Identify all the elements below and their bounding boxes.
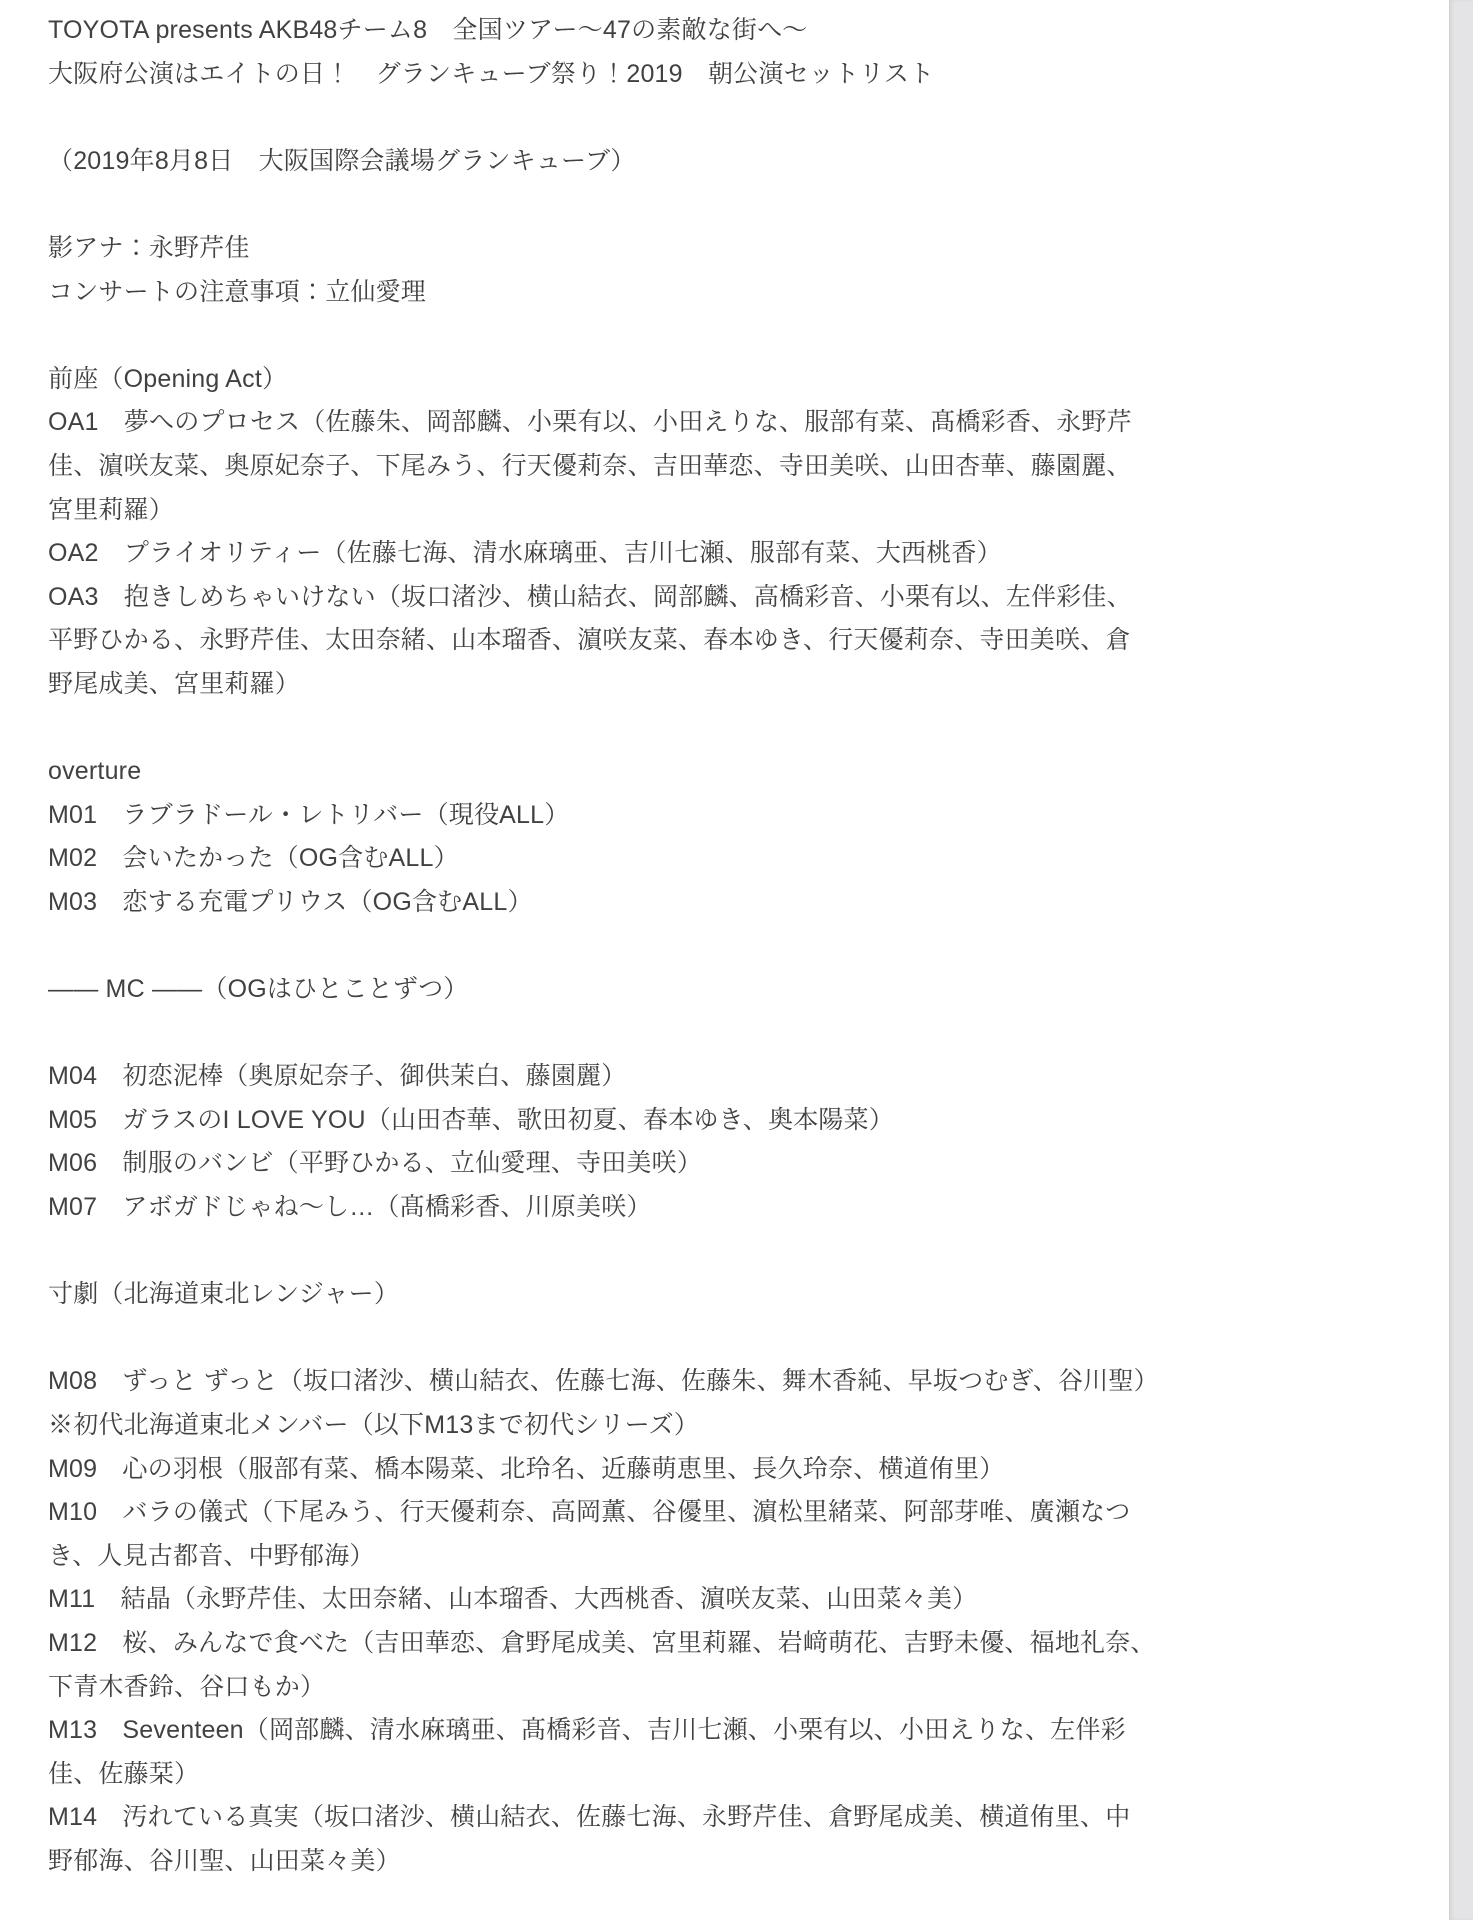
doc-line-m12: M12 桜、みんなで食べた（吉田華恋、倉野尾成美、宮里莉羅、岩﨑萌花、吉野未優、… xyxy=(48,1622,1338,1666)
doc-line-m01: M01 ラブラドール・レトリバー（現役ALL） xyxy=(48,794,1338,838)
doc-line-oa3: OA3 抱きしめちゃいけない（坂口渚沙、横山結衣、岡部麟、高橋彩音、小栗有以、左… xyxy=(48,576,1338,620)
doc-line-m10-cont: き、人見古都音、中野郁海） xyxy=(48,1535,1338,1579)
doc-line-oa1-cont: 宮里莉羅） xyxy=(48,489,1338,533)
doc-line-blank xyxy=(48,1317,1338,1361)
doc-line-m11: M11 結晶（永野芹佳、太田奈緒、山本瑠香、大西桃香、濵咲友菜、山田菜々美） xyxy=(48,1578,1338,1622)
doc-line-m03: M03 恋する充電プリウス（OG含むALL） xyxy=(48,881,1338,925)
doc-line-m14-cont: 野郁海、谷川聖、山田菜々美） xyxy=(48,1840,1338,1884)
doc-line-oa3-cont: 野尾成美、宮里莉羅） xyxy=(48,663,1338,707)
doc-line-oa2: OA2 プライオリティー（佐藤七海、清水麻璃亜、吉川七瀬、服部有菜、大西桃香） xyxy=(48,532,1338,576)
doc-line-m08-note: ※初代北海道東北メンバー（以下M13まで初代シリーズ） xyxy=(48,1404,1338,1448)
doc-line-mc: ―― MC ――（OGはひとことずつ） xyxy=(48,968,1338,1012)
doc-line-opening-act-header: 前座（Opening Act） xyxy=(48,358,1338,402)
doc-line-oa1: OA1 夢へのプロセス（佐藤朱、岡部麟、小栗有以、小田えりな、服部有菜、髙橋彩香… xyxy=(48,401,1338,445)
doc-line-blank xyxy=(48,183,1338,227)
doc-line-notes-announcer: コンサートの注意事項：立仙愛理 xyxy=(48,271,1338,315)
doc-line-kage-ana: 影アナ：永野芹佳 xyxy=(48,227,1338,271)
doc-line-m06: M06 制服のバンビ（平野ひかる、立仙愛理、寺田美咲） xyxy=(48,1142,1338,1186)
doc-line-subtitle: 大阪府公演はエイトの日！ グランキューブ祭り！2019 朝公演セットリスト xyxy=(48,53,1338,97)
doc-line-blank xyxy=(48,96,1338,140)
doc-line-oa1-cont: 佳、濵咲友菜、奥原妃奈子、下尾みう、行天優莉奈、吉田華恋、寺田美咲、山田杏華、藤… xyxy=(48,445,1338,489)
page-edge-strip xyxy=(1449,0,1473,1920)
doc-line-m13-cont: 佳、佐藤栞） xyxy=(48,1753,1338,1797)
doc-line-blank xyxy=(48,314,1338,358)
doc-line-blank xyxy=(48,1012,1338,1056)
setlist-document: TOYOTA presents AKB48チーム8 全国ツアー〜47の素敵な街へ… xyxy=(48,9,1338,1884)
doc-line-overture: overture xyxy=(48,750,1338,794)
doc-line-m14: M14 汚れている真実（坂口渚沙、横山結衣、佐藤七海、永野芹佳、倉野尾成美、横道… xyxy=(48,1796,1338,1840)
setlist-page: TOYOTA presents AKB48チーム8 全国ツアー〜47の素敵な街へ… xyxy=(0,0,1473,1920)
doc-line-m05: M05 ガラスのI LOVE YOU（山田杏華、歌田初夏、春本ゆき、奥本陽菜） xyxy=(48,1099,1338,1143)
doc-line-date-venue: （2019年8月8日 大阪国際会議場グランキューブ） xyxy=(48,140,1338,184)
doc-line-title: TOYOTA presents AKB48チーム8 全国ツアー〜47の素敵な街へ… xyxy=(48,9,1338,53)
doc-line-m04: M04 初恋泥棒（奥原妃奈子、御供茉白、藤園麗） xyxy=(48,1055,1338,1099)
doc-line-skit-header: 寸劇（北海道東北レンジャー） xyxy=(48,1273,1338,1317)
doc-line-m12-cont: 下青木香鈴、谷口もか） xyxy=(48,1666,1338,1710)
doc-line-m08: M08 ずっと ずっと（坂口渚沙、横山結衣、佐藤七海、佐藤朱、舞木香純、早坂つむ… xyxy=(48,1360,1338,1404)
doc-line-blank xyxy=(48,924,1338,968)
doc-line-blank xyxy=(48,1230,1338,1274)
doc-line-m07: M07 アボガドじゃね〜し…（髙橋彩香、川原美咲） xyxy=(48,1186,1338,1230)
doc-line-m10: M10 バラの儀式（下尾みう、行天優莉奈、高岡薫、谷優里、濵松里緒菜、阿部芽唯、… xyxy=(48,1491,1338,1535)
doc-line-oa3-cont: 平野ひかる、永野芹佳、太田奈緒、山本瑠香、濵咲友菜、春本ゆき、行天優莉奈、寺田美… xyxy=(48,619,1338,663)
doc-line-m13: M13 Seventeen（岡部麟、清水麻璃亜、髙橋彩音、吉川七瀬、小栗有以、小… xyxy=(48,1709,1338,1753)
doc-line-m02: M02 会いたかった（OG含むALL） xyxy=(48,837,1338,881)
doc-line-blank xyxy=(48,707,1338,751)
doc-line-m09: M09 心の羽根（服部有菜、橋本陽菜、北玲名、近藤萌恵里、長久玲奈、横道侑里） xyxy=(48,1448,1338,1492)
